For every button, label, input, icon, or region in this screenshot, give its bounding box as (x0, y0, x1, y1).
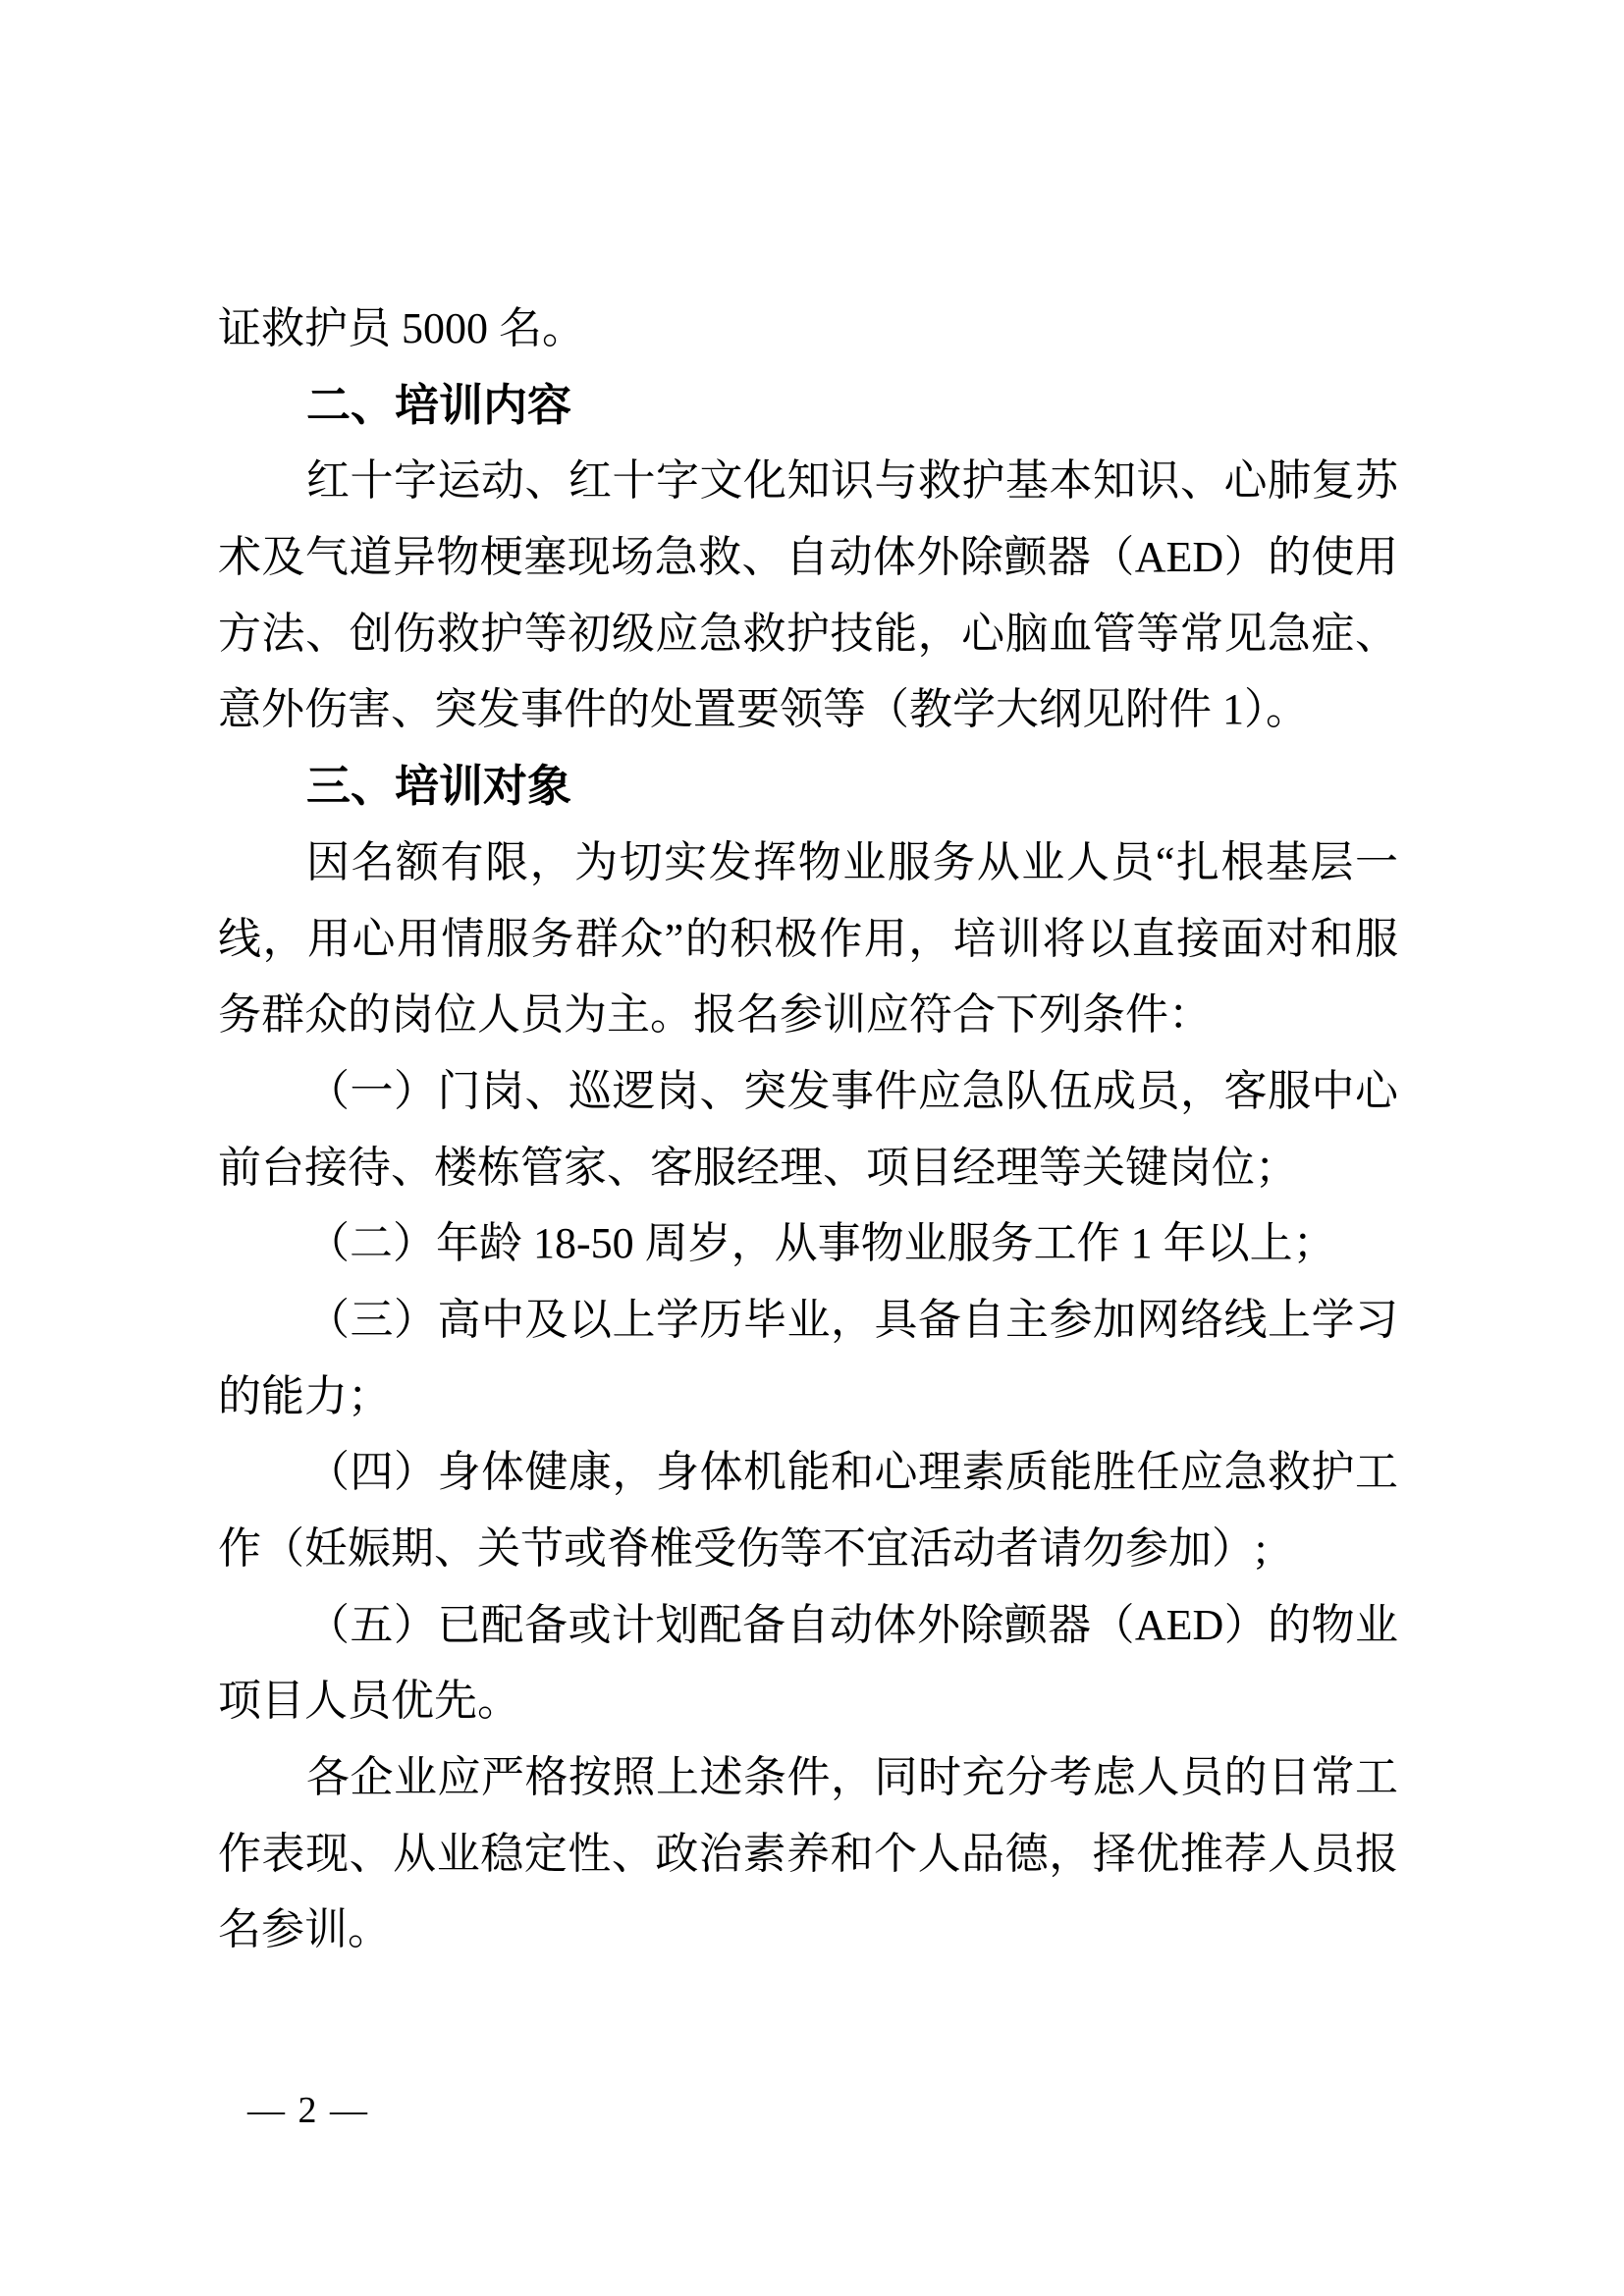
text-line: 线，用心用情服务群众”的积极作用，培训将以直接面对和服 (218, 901, 1398, 978)
text-line: 作表现、从业稳定性、政治素养和个人品德，择优推荐人员报 (218, 1816, 1398, 1893)
text-line: 各企业应严格按照上述条件，同时充分考虑人员的日常工 (218, 1739, 1398, 1816)
section-heading: 二、培训内容 (218, 367, 1398, 444)
section-heading: 三、培训对象 (218, 748, 1398, 825)
text-line: 务群众的岗位人员为主。报名参训应符合下列条件： (218, 977, 1398, 1053)
text-line: 方法、创伤救护等初级应急救护技能，心脑血管等常见急症、 (218, 596, 1398, 672)
text-line: 名参训。 (218, 1892, 1398, 1968)
text-line: （四）身体健康，身体机能和心理素质能胜任应急救护工 (218, 1434, 1398, 1511)
text-line: 的能力； (218, 1359, 1398, 1435)
text-line: 术及气道异物梗塞现场急救、自动体外除颤器（AED）的使用 (218, 519, 1398, 596)
text-line: （二）年龄 18-50 周岁，从事物业服务工作 1 年以上； (218, 1205, 1398, 1282)
text-line: 前台接待、楼栋管家、客服经理、项目经理等关键岗位； (218, 1130, 1398, 1206)
text-line: （一）门岗、巡逻岗、突发事件应急队伍成员，客服中心 (218, 1053, 1398, 1130)
page-number: — 2 — (247, 2089, 369, 2132)
document-page: 证救护员 5000 名。二、培训内容红十字运动、红十字文化知识与救护基本知识、心… (0, 0, 1624, 2296)
text-line: 因名额有限，为切实发挥物业服务从业人员“扎根基层一 (218, 825, 1398, 901)
document-body: 证救护员 5000 名。二、培训内容红十字运动、红十字文化知识与救护基本知识、心… (218, 291, 1398, 1968)
text-line: 作（妊娠期、关节或脊椎受伤等不宜活动者请勿参加）; (218, 1511, 1398, 1587)
text-line: 意外伤害、突发事件的处置要领等（教学大纲见附件 1）。 (218, 671, 1398, 748)
text-line: （五）已配备或计划配备自动体外除颤器（AED）的物业 (218, 1587, 1398, 1664)
text-line: 项目人员优先。 (218, 1663, 1398, 1739)
text-line: 证救护员 5000 名。 (218, 291, 1398, 367)
text-line: 红十字运动、红十字文化知识与救护基本知识、心肺复苏 (218, 443, 1398, 519)
text-line: （三）高中及以上学历毕业，具备自主参加网络线上学习 (218, 1282, 1398, 1359)
